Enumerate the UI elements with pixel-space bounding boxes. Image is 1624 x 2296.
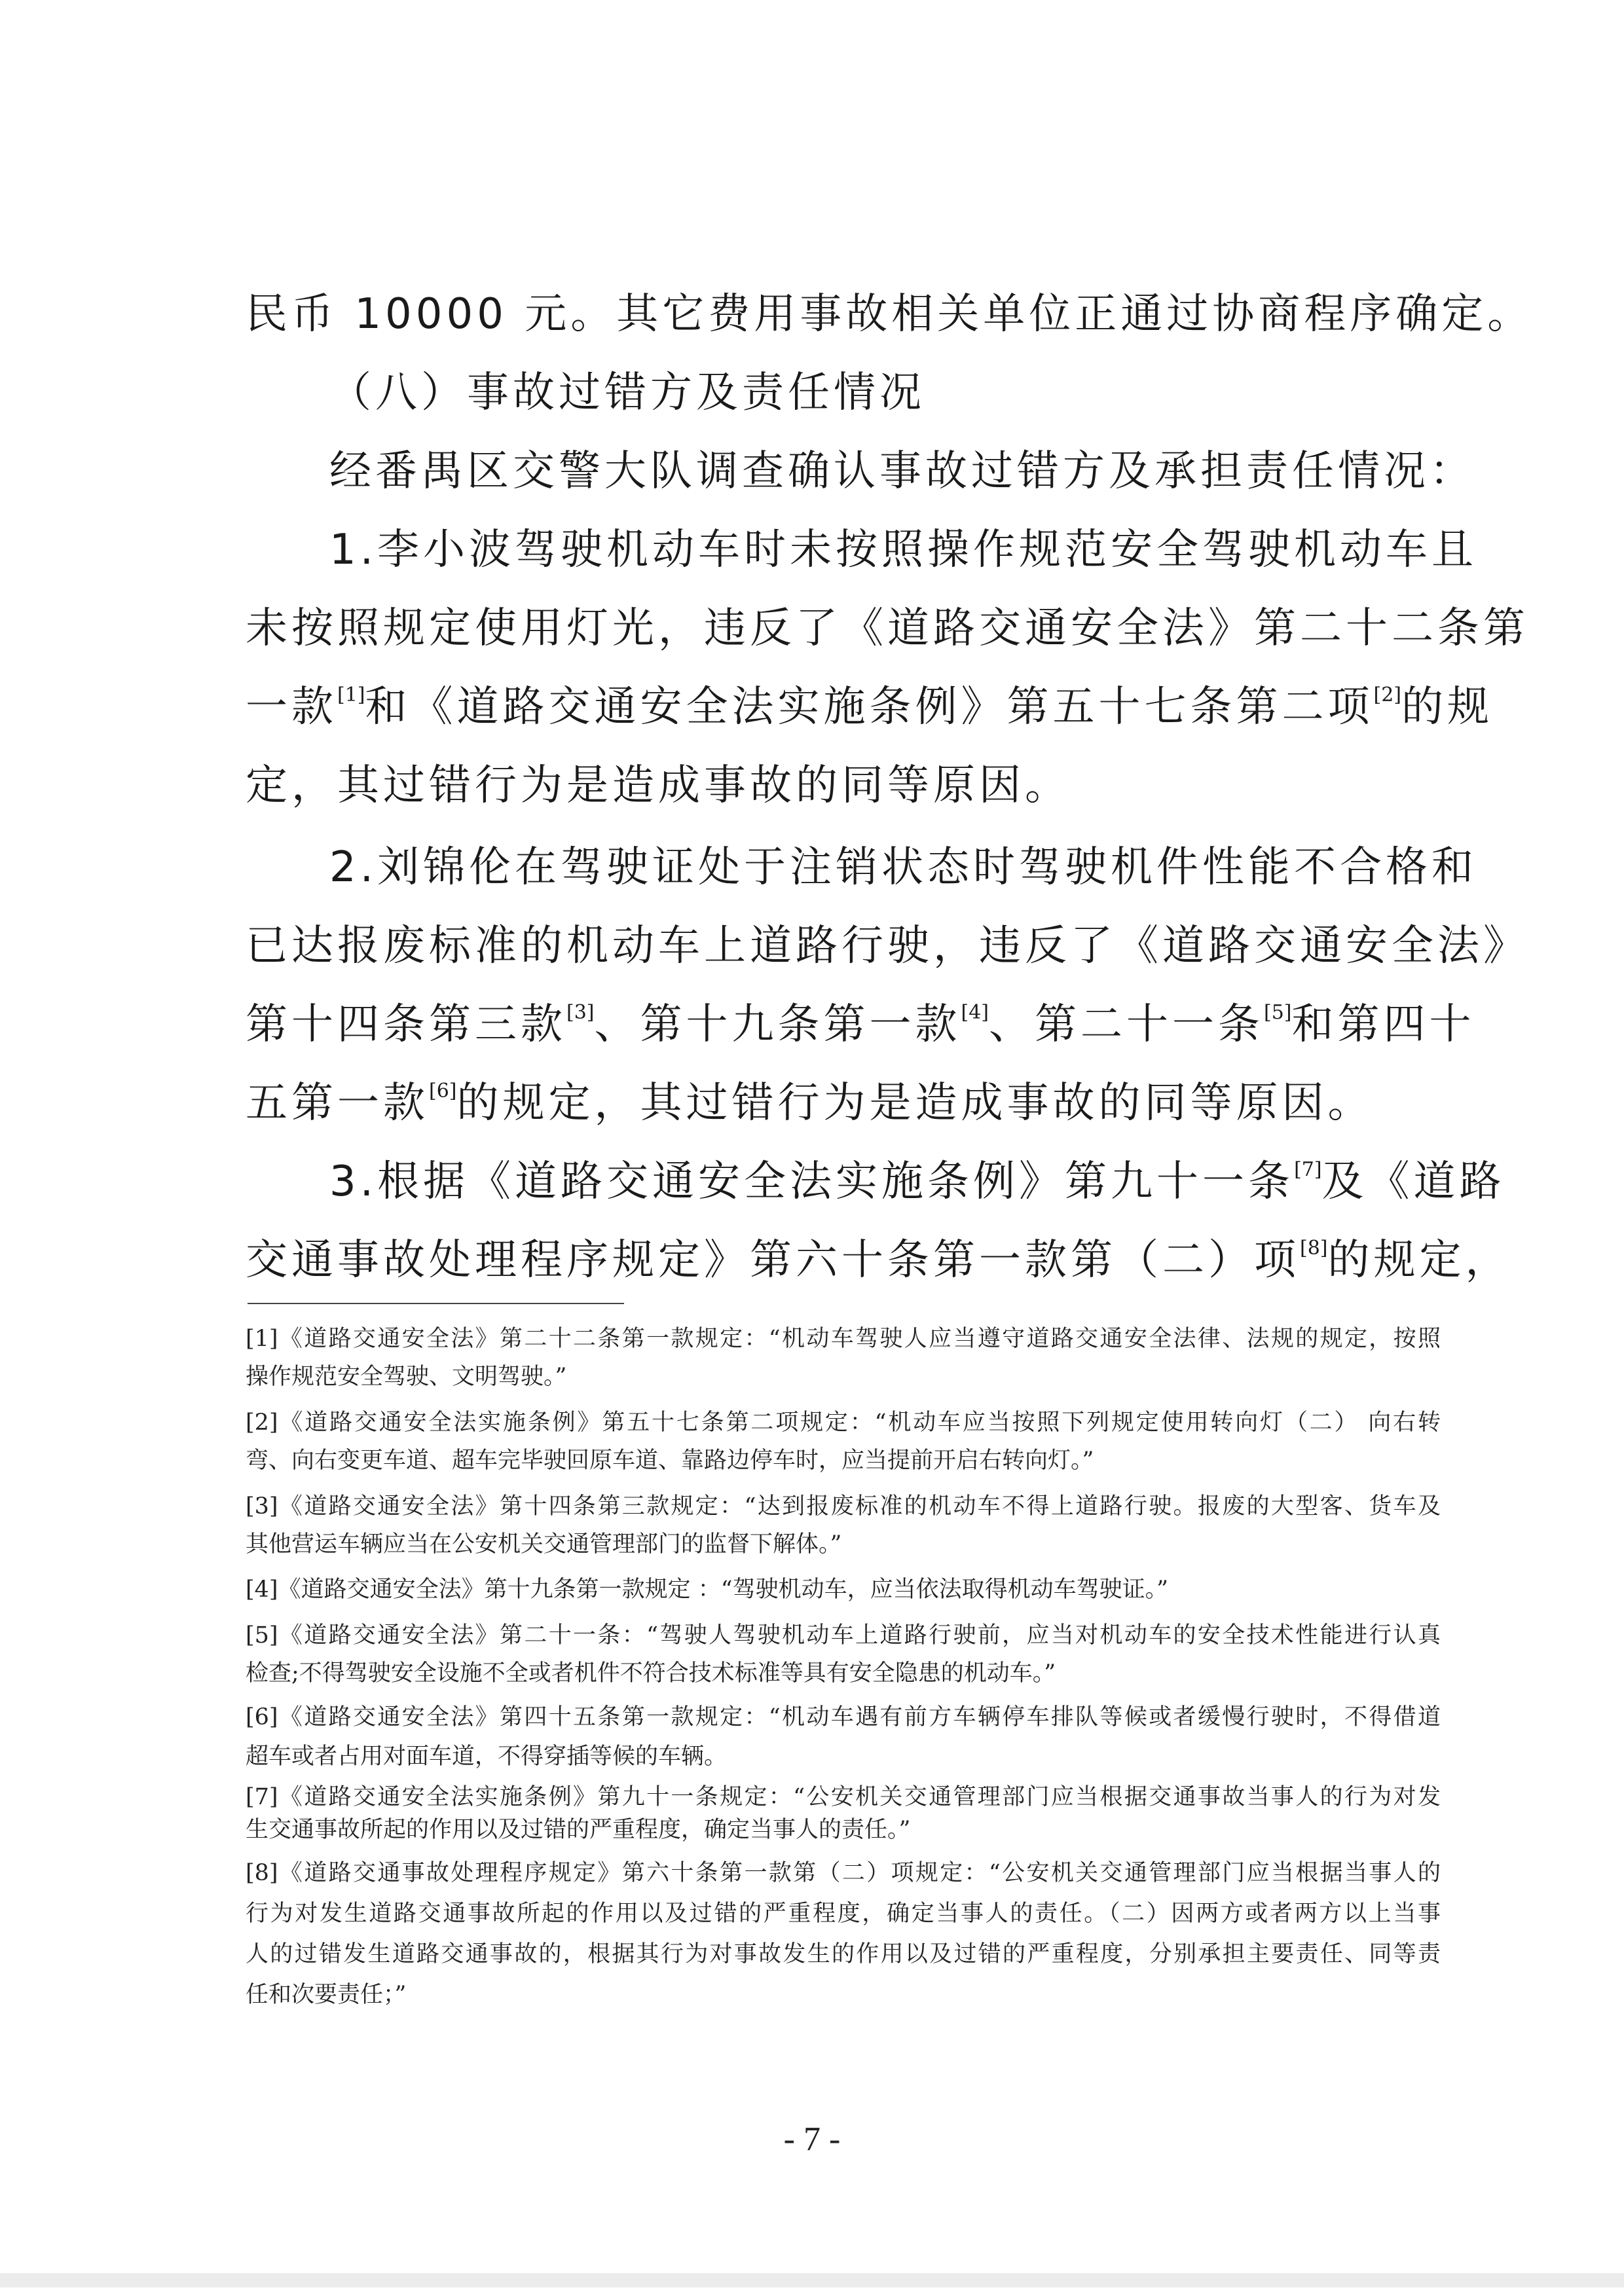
footnote-1-line-1: [1]《道路交通安全法》第二十二条第一款规定：“机动车驾驶人应当遵守道路交通安全… — [246, 1324, 1441, 1354]
footnote-8-line-1: [8]《道路交通事故处理程序规定》第六十条第一款第（二）项规定：“公安机关交通管… — [246, 1858, 1441, 1888]
footnote-ref-4[interactable]: [4] — [961, 1001, 989, 1024]
text-segment: 及《道路 — [1322, 1157, 1505, 1206]
item-1-line-2: 未按照规定使用灯光，违反了《道路交通安全法》第二十二条第 — [246, 602, 1444, 655]
item-2-line-4: 五第一款[6]的规定，其过错行为是造成事故的同等原因。 — [246, 1077, 1374, 1129]
page-number: - 7 - — [0, 2120, 1624, 2159]
footnote-8-line-2: 行为对发生道路交通事故所起的作用以及过错的严重程度，确定当事人的责任。（二）因两… — [246, 1899, 1441, 1929]
footnote-ref-3[interactable]: [3] — [566, 1001, 595, 1024]
body-line: 民币 10000 元。其它费用事故相关单位正通过协商程序确定。 — [246, 288, 1444, 340]
text-segment: 交通事故处理程序规定》第六十条第一款第（二）项 — [246, 1236, 1300, 1285]
text-segment: 、第二十一条 — [989, 1000, 1264, 1049]
footnote-ref-7[interactable]: [7] — [1294, 1158, 1322, 1181]
footnote-1-line-2: 操作规范安全驾驶、文明驾驶。” — [246, 1362, 566, 1392]
footnote-separator — [248, 1303, 624, 1304]
footnote-5-line-2: 检查;不得驾驶安全设施不全或者机件不符合技术标准等具有安全隐患的机动车。” — [246, 1658, 1056, 1688]
footnote-4-line-1: [4]《道路交通安全法》第十九条第一款规定 ：“驾驶机动车，应当依法取得机动车驾… — [246, 1575, 1168, 1605]
footnote-2-line-1: [2]《道路交通安全法实施条例》第五十七条第二项规定：“机动车应当按照下列规定使… — [246, 1408, 1441, 1438]
footnote-6-line-1: [6]《道路交通安全法》第四十五条第一款规定：“机动车遇有前方车辆停车排队等候或… — [246, 1702, 1441, 1732]
footnote-ref-5[interactable]: [5] — [1264, 1001, 1292, 1024]
footnote-2-line-2: 弯、向右变更车道、超车完毕驶回原车道、靠路边停车时，应当提前开启右转向灯。” — [246, 1446, 1094, 1476]
footnote-7-line-1: [7]《道路交通安全法实施条例》第九十一条规定：“公安机关交通管理部门应当根据交… — [246, 1782, 1441, 1812]
text-segment: 第十四条第三款 — [246, 1000, 566, 1049]
text-segment: 、第十九条第一款 — [595, 1000, 961, 1049]
footnote-ref-8[interactable]: [8] — [1300, 1237, 1328, 1260]
footnote-7-line-2: 生交通事故所起的作用以及过错的严重程度，确定当事人的责任。” — [246, 1815, 910, 1845]
footnote-5-line-1: [5]《道路交通安全法》第二十一条：“驾驶人驾驶机动车上道路行驶前，应当对机动车… — [246, 1620, 1441, 1650]
item-3-line-1: 3.根据《道路交通安全法实施条例》第九十一条[7]及《道路 — [329, 1156, 1505, 1208]
item-3-line-2: 交通事故处理程序规定》第六十条第一款第（二）项[8]的规定， — [246, 1234, 1511, 1286]
item-2-line-3: 第十四条第三款[3]、第十九条第一款[4]、第二十一条[5]和第四十 — [246, 998, 1475, 1051]
document-page: 民币 10000 元。其它费用事故相关单位正通过协商程序确定。 （八）事故过错方… — [0, 0, 1624, 2296]
item-1-line-3: 一款[1]和《道路交通安全法实施条例》第五十七条第二项[2]的规 — [246, 681, 1493, 733]
item-1-line-1: 1.李小波驾驶机动车时未按照操作规范安全驾驶机动车且 — [329, 524, 1444, 576]
footnote-ref-6[interactable]: [6] — [429, 1080, 457, 1102]
footnote-8-line-4: 任和次要责任；” — [246, 1980, 406, 2010]
text-segment: 和第四十 — [1292, 1000, 1475, 1049]
item-1-line-4: 定，其过错行为是造成事故的同等原因。 — [246, 759, 1071, 812]
text-segment: 的规定，其过错行为是造成事故的同等原因。 — [457, 1079, 1374, 1127]
footnote-3-line-2: 其他营运车辆应当在公安机关交通管理部门的监督下解体。” — [246, 1529, 841, 1559]
text-segment: 和《道路交通安全法实施条例》第五十七条第二项 — [365, 683, 1374, 731]
section-heading: （八）事故过错方及责任情况 — [329, 367, 925, 419]
footnote-ref-2[interactable]: [2] — [1374, 683, 1402, 706]
text-segment: 的规 — [1401, 683, 1493, 731]
intro-paragraph: 经番禺区交警大队调查确认事故过错方及承担责任情况： — [329, 445, 1475, 498]
item-2-line-1: 2.刘锦伦在驾驶证处于注销状态时驾驶机件性能不合格和 — [329, 841, 1444, 894]
scan-edge — [0, 2273, 1624, 2287]
footnote-ref-1[interactable]: [1] — [337, 683, 365, 706]
footnote-3-line-1: [3]《道路交通安全法》第十四条第三款规定：“达到报废标准的机动车不得上道路行驶… — [246, 1491, 1441, 1522]
footnote-6-line-2: 超车或者占用对面车道，不得穿插等候的车辆。 — [246, 1741, 727, 1772]
footnote-8-line-3: 人的过错发生道路交通事故的，根据其行为对事故发生的作用以及过错的严重程度，分别承… — [246, 1939, 1441, 1969]
text-segment: 3.根据《道路交通安全法实施条例》第九十一条 — [329, 1157, 1294, 1206]
text-segment: 的规定， — [1328, 1236, 1511, 1285]
text-segment: 一款 — [246, 683, 337, 731]
item-2-line-2: 已达报废标准的机动车上道路行驶，违反了《道路交通安全法》 — [246, 920, 1444, 972]
text-segment: 五第一款 — [246, 1079, 429, 1127]
